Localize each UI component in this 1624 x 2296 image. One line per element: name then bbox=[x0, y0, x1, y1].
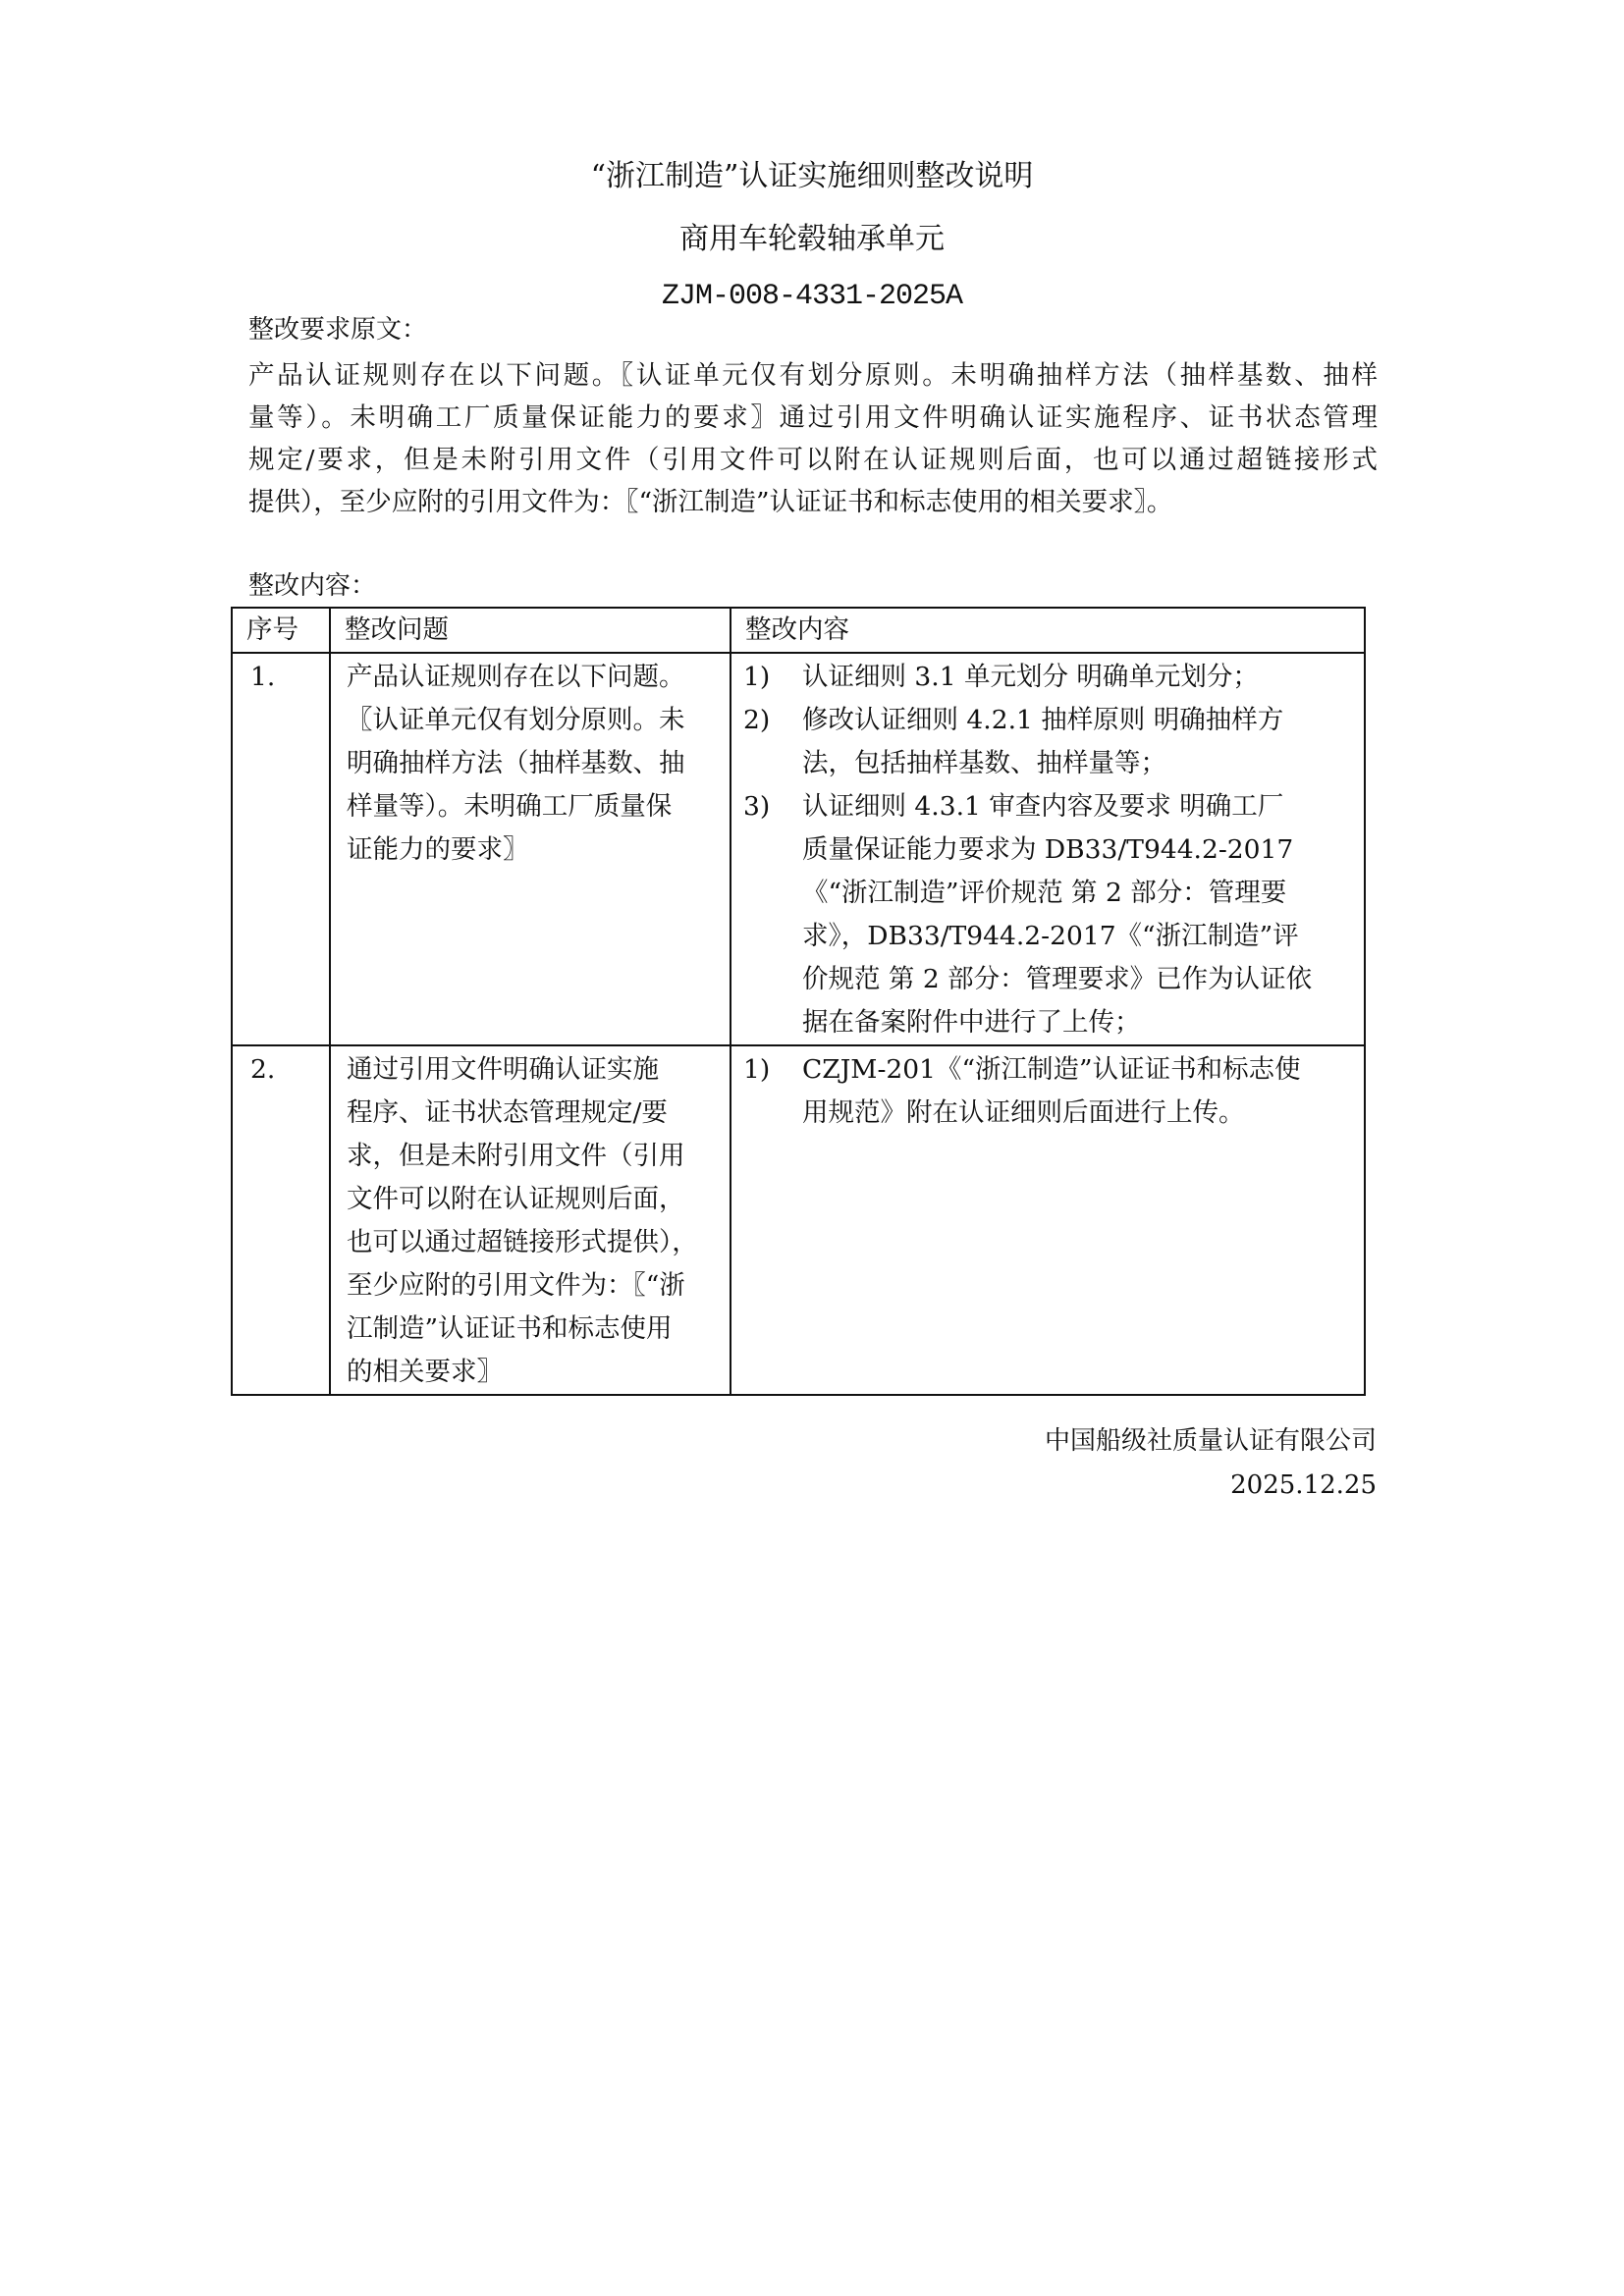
fix-text: 认证细则 3.1 单元划分 明确单元划分； bbox=[802, 656, 1352, 699]
issue-line: 求，但是未附引用文件（引用 bbox=[347, 1135, 716, 1178]
header-issue: 整改问题 bbox=[330, 608, 731, 653]
row-issue: 产品认证规则存在以下问题。 〖认证单元仅有划分原则。未 明确抽样方法（抽样基数、… bbox=[330, 653, 731, 1045]
fix-line: 求》，DB33/T944.2-2017《“浙江制造”评 bbox=[802, 915, 1352, 958]
fix-line: 认证细则 4.3.1 审查内容及要求 明确工厂 bbox=[802, 785, 1352, 828]
rectification-table: 序号 整改问题 整改内容 1. 产品认证规则存在以下问题。 〖认证单元仅有划分原… bbox=[231, 607, 1366, 1396]
row-issue: 通过引用文件明确认证实施 程序、证书状态管理规定/要 求，但是未附引用文件（引用… bbox=[330, 1045, 731, 1395]
fix-text: 修改认证细则 4.2.1 抽样原则 明确抽样方 法，包括抽样基数、抽样量等； bbox=[802, 699, 1352, 785]
issue-line: 样量等）。未明确工厂质量保 bbox=[347, 785, 716, 828]
fix-item: 3) 认证细则 4.3.1 审查内容及要求 明确工厂 质量保证能力要求为 DB3… bbox=[743, 785, 1352, 1044]
fix-line: 用规范》附在认证细则后面进行上传。 bbox=[802, 1092, 1352, 1135]
document-code: ZJM-008-4331-2025A bbox=[0, 275, 1624, 318]
issue-line: 也可以通过超链接形式提供）， bbox=[347, 1221, 716, 1264]
issue-line: 〖认证单元仅有划分原则。未 bbox=[347, 699, 716, 742]
document-page: “浙江制造”认证实施细则整改说明 商用车轮毂轴承单元 ZJM-008-4331-… bbox=[0, 0, 1624, 2296]
fix-number: 1) bbox=[743, 1048, 802, 1135]
requirement-line: 规定/要求，但是未附引用文件（引用文件可以附在认证规则后面，也可以通过超链接形式 bbox=[248, 439, 1378, 481]
header-content: 整改内容 bbox=[731, 608, 1365, 653]
issue-date: 2025.12.25 bbox=[1230, 1464, 1377, 1507]
fix-line: 法，包括抽样基数、抽样量等； bbox=[802, 742, 1352, 785]
issue-line: 通过引用文件明确认证实施 bbox=[347, 1048, 716, 1092]
issue-line: 的相关要求〗 bbox=[347, 1351, 716, 1394]
row-seq: 1. bbox=[232, 653, 330, 1045]
fix-number: 3) bbox=[743, 785, 802, 1044]
fix-line: 修改认证细则 4.2.1 抽样原则 明确抽样方 bbox=[802, 699, 1352, 742]
fix-line: 质量保证能力要求为 DB33/T944.2-2017 bbox=[802, 828, 1352, 872]
issue-line: 江制造”认证证书和标志使用 bbox=[347, 1308, 716, 1351]
issue-line: 证能力的要求〗 bbox=[347, 828, 716, 872]
fix-number: 1) bbox=[743, 656, 802, 699]
fix-line: 价规范 第 2 部分：管理要求》已作为认证依 bbox=[802, 958, 1352, 1001]
fix-line: 《“浙江制造”评价规范 第 2 部分：管理要 bbox=[802, 872, 1352, 915]
fix-number: 2) bbox=[743, 699, 802, 785]
issue-line: 明确抽样方法（抽样基数、抽 bbox=[347, 742, 716, 785]
document-title: “浙江制造”认证实施细则整改说明 bbox=[0, 155, 1624, 198]
table-header-row: 序号 整改问题 整改内容 bbox=[232, 608, 1365, 653]
row-fixes: 1) CZJM-201《“浙江制造”认证证书和标志使 用规范》附在认证细则后面进… bbox=[731, 1045, 1365, 1395]
issue-line: 文件可以附在认证规则后面， bbox=[347, 1178, 716, 1221]
requirement-line: 量等）。未明确工厂质量保证能力的要求〗通过引用文件明确认证实施程序、证书状态管理 bbox=[248, 397, 1378, 439]
requirement-paragraph: 产品认证规则存在以下问题。〖认证单元仅有划分原则。未明确抽样方法（抽样基数、抽样… bbox=[248, 354, 1378, 523]
requirement-line: 提供），至少应附的引用文件为：〖“浙江制造”认证证书和标志使用的相关要求〗。 bbox=[248, 481, 1378, 523]
fix-line: 据在备案附件中进行了上传； bbox=[802, 1001, 1352, 1044]
fix-item: 1) CZJM-201《“浙江制造”认证证书和标志使 用规范》附在认证细则后面进… bbox=[743, 1048, 1352, 1135]
fix-text: CZJM-201《“浙江制造”认证证书和标志使 用规范》附在认证细则后面进行上传… bbox=[802, 1048, 1352, 1135]
issue-line: 产品认证规则存在以下问题。 bbox=[347, 656, 716, 699]
fix-line: 认证细则 3.1 单元划分 明确单元划分； bbox=[802, 656, 1352, 699]
requirement-line: 产品认证规则存在以下问题。〖认证单元仅有划分原则。未明确抽样方法（抽样基数、抽样 bbox=[248, 354, 1378, 397]
issue-line: 至少应附的引用文件为：〖“浙 bbox=[347, 1264, 716, 1308]
table-row: 1. 产品认证规则存在以下问题。 〖认证单元仅有划分原则。未 明确抽样方法（抽样… bbox=[232, 653, 1365, 1045]
fix-item: 1) 认证细则 3.1 单元划分 明确单元划分； bbox=[743, 656, 1352, 699]
content-label: 整改内容： bbox=[248, 565, 376, 607]
header-seq: 序号 bbox=[232, 608, 330, 653]
requirement-label: 整改要求原文： bbox=[248, 309, 427, 350]
issuer-company: 中国船级社质量认证有限公司 bbox=[1045, 1419, 1377, 1463]
row-fixes: 1) 认证细则 3.1 单元划分 明确单元划分； 2) 修改认证细则 4.2.1… bbox=[731, 653, 1365, 1045]
document-subtitle: 商用车轮毂轴承单元 bbox=[0, 218, 1624, 261]
fix-item: 2) 修改认证细则 4.2.1 抽样原则 明确抽样方 法，包括抽样基数、抽样量等… bbox=[743, 699, 1352, 785]
row-seq: 2. bbox=[232, 1045, 330, 1395]
fix-text: 认证细则 4.3.1 审查内容及要求 明确工厂 质量保证能力要求为 DB33/T… bbox=[802, 785, 1352, 1044]
table-row: 2. 通过引用文件明确认证实施 程序、证书状态管理规定/要 求，但是未附引用文件… bbox=[232, 1045, 1365, 1395]
issue-line: 程序、证书状态管理规定/要 bbox=[347, 1092, 716, 1135]
fix-line: CZJM-201《“浙江制造”认证证书和标志使 bbox=[802, 1048, 1352, 1092]
